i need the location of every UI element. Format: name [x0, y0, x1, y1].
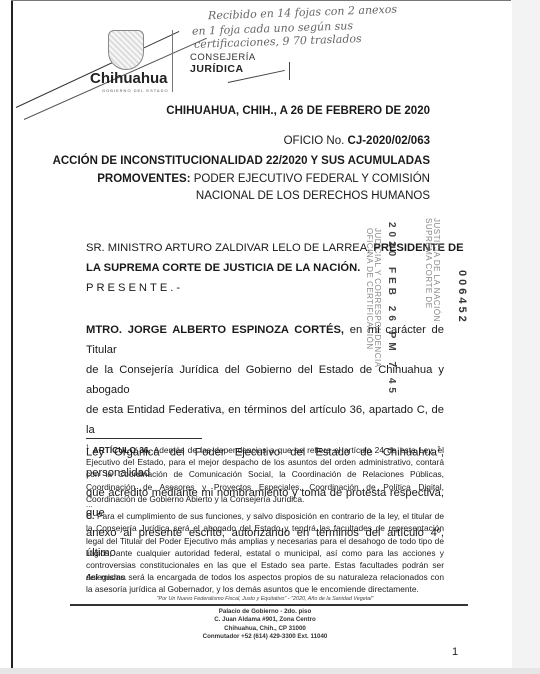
case-title: ACCIÓN DE INCONSTITUCIONALIDAD 22/2020 Y… — [53, 155, 430, 167]
footnote-article-36: 1 ARTÍCULO 36. Además de las dependencia… — [86, 442, 444, 505]
body-line: MTRO. JORGE ALBERTO ESPINOZA CORTÉS, en … — [86, 320, 444, 360]
promoventes-value: PODER EJECUTIVO FEDERAL Y COMISIÓN — [194, 173, 430, 185]
address-line: Palacio de Gobierno - 2do. piso — [86, 608, 444, 616]
addressee-title: PRESIDENTE DE — [370, 242, 463, 254]
logo-divider — [172, 30, 173, 92]
slogan: "Por Un Nuevo Federalismo Fiscal, Justo … — [86, 596, 444, 602]
address-line: C. Juan Aldama #901, Zona Centro — [86, 616, 444, 624]
logo-subtitle: GOBIERNO DEL ESTADO — [102, 88, 169, 93]
addressee-name: SR. MINISTRO ARTURO ZALDIVAR LELO DE LAR… — [86, 242, 370, 254]
page-number: 1 — [452, 646, 458, 658]
scan-margin-bottom — [0, 668, 540, 674]
handwritten-note-line: Recibido en 14 fojas con 2 anexos — [208, 3, 397, 23]
signer-name: MTRO. JORGE ALBERTO ESPINOZA CORTÉS, — [86, 324, 344, 336]
footer-rule — [70, 604, 468, 606]
court-stamp-text: JUSTICIA DE LA NACIÓN — [432, 218, 441, 322]
body-line: de la Consejería Jurídica del Gobierno d… — [86, 360, 444, 400]
footer-address: Palacio de Gobierno - 2do. piso C. Juan … — [86, 608, 444, 642]
promoventes-label: PROMOVENTES: — [97, 173, 190, 185]
scan-left-border — [11, 0, 13, 668]
document-page: Chihuahua GOBIERNO DEL ESTADO CONSEJERÍA… — [0, 0, 512, 668]
scan-top-border — [11, 0, 511, 1]
logo-wordmark: Chihuahua — [90, 70, 168, 87]
place-date: CHIHUAHUA, CHIH., A 26 DE FEBRERO DE 202… — [166, 105, 430, 117]
department-name-line2: JURÍDICA — [190, 63, 244, 75]
footnote-marker: 1 — [86, 445, 89, 451]
footnote-closing: Así mismo será la encargada de todos los… — [86, 571, 444, 596]
promoventes-line2: NACIONAL DE LOS DERECHOS HUMANOS — [196, 190, 430, 202]
footnote-separator — [86, 438, 202, 439]
oficio-code: CJ-2020/02/063 — [348, 135, 430, 147]
scan-margin-right — [512, 0, 540, 674]
signature-stroke — [289, 62, 290, 80]
promoventes-line1: PROMOVENTES: PODER EJECUTIVO FEDERAL Y C… — [97, 173, 430, 185]
footnote-title: ARTÍCULO 36. — [93, 445, 151, 455]
address-line: Chihuahua, Chih., CP 31000 — [86, 625, 444, 633]
oficio-label: OFICIO No. — [284, 135, 345, 147]
sequence-stamp-number: 006452 — [456, 270, 468, 325]
oficio-number: OFICIO No. CJ-2020/02/063 — [284, 135, 430, 147]
coat-of-arms-shield-icon — [108, 30, 144, 70]
address-phone: Conmutador +52 (614) 429-3300 Ext. 11040 — [86, 633, 444, 641]
body-line: de esta Entidad Federativa, en términos … — [86, 400, 444, 440]
footnote-ellipsis: ... — [86, 500, 93, 509]
department-name-line1: CONSEJERÍA — [190, 52, 256, 63]
